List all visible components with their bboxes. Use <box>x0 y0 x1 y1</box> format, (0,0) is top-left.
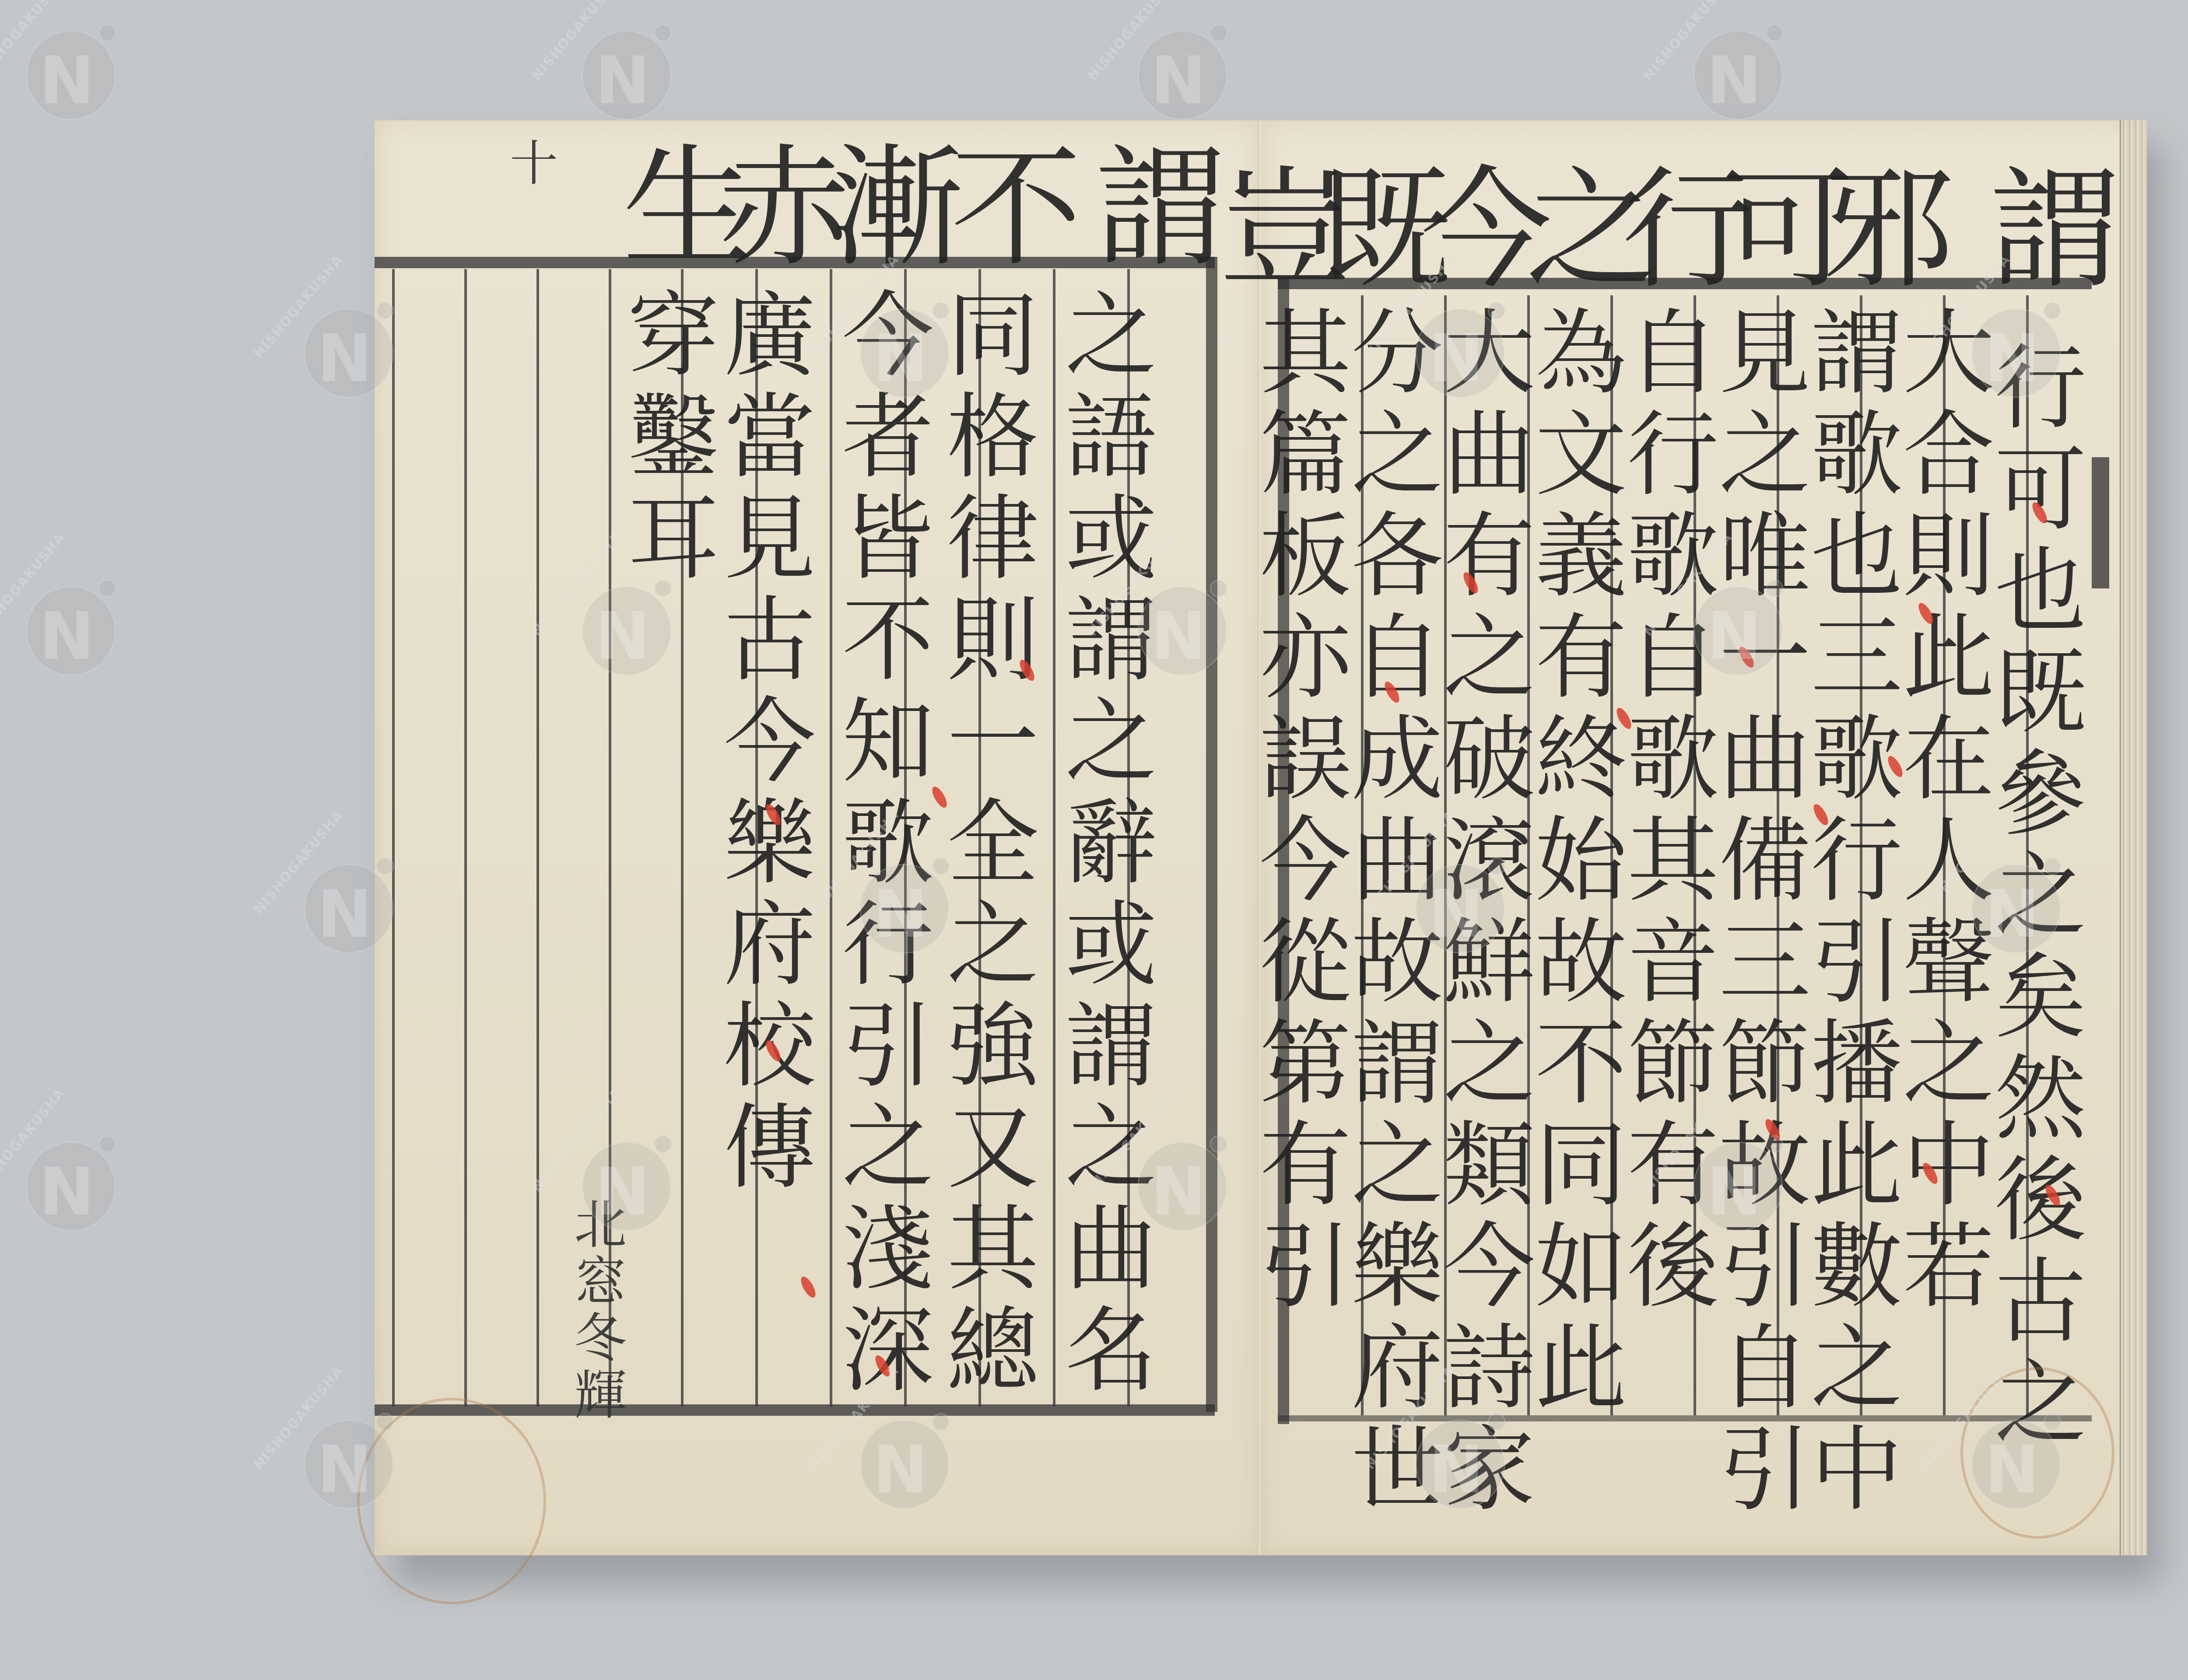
watermark-logo: NNISHOGAKUSHA <box>0 0 131 131</box>
watermark-n-glyph: N <box>39 1159 95 1225</box>
watermark-n-glyph: N <box>317 326 372 392</box>
watermark-logo: NNISHOGAKUSHA <box>0 1111 131 1242</box>
header-char: 豈 <box>1208 160 1339 304</box>
watermark-text: NISHOGAKUSHA <box>0 1085 69 1195</box>
watermark-circle-icon <box>26 1142 116 1231</box>
column-line <box>464 269 467 1407</box>
watermark-n-glyph: N <box>39 604 95 669</box>
column-line <box>536 269 539 1407</box>
watermark-dot-icon <box>98 580 116 597</box>
text-column: 謂歌也三歌行引播此數之中 <box>1803 304 1895 1529</box>
text-column: 其篇板亦誤今從第有引 <box>1252 304 1343 1529</box>
header-char: 生 <box>611 138 742 282</box>
watermark-text: NISHOGAKUSHA <box>251 808 347 917</box>
open-book: 十 謂 不 漸 赤 生 之語或謂之辭或謂之曲名 同格律則一全之強又其總 今者皆不… <box>375 120 2147 1555</box>
watermark-n-glyph: N <box>595 48 650 114</box>
watermark-dot-icon <box>98 24 116 42</box>
text-column: 大合則此在人聲之中若 <box>1895 304 1987 1529</box>
watermark-text: NISHOGAKUSHA <box>251 1363 347 1473</box>
folio-mark: 十 <box>506 138 554 190</box>
watermark-text: NISHOGAKUSHA <box>1641 0 1736 84</box>
text-column: 見之唯一曲備三節故引自引 <box>1711 304 1803 1529</box>
watermark-text: NISHOGAKUSHA <box>529 0 624 84</box>
colophon-signature: 北窓冬輝 <box>569 1197 622 1424</box>
text-column: 穿鑿耳 <box>620 287 712 1468</box>
watermark-dot-icon <box>1210 24 1227 42</box>
watermark-text: NISHOGAKUSHA <box>1085 0 1180 84</box>
watermark-n-glyph: N <box>317 882 372 947</box>
header-char: 謂 <box>1978 160 2109 304</box>
left-page: 十 謂 不 漸 赤 生 之語或謂之辭或謂之曲名 同格律則一全之強又其總 今者皆不… <box>375 120 1260 1555</box>
watermark-n-glyph: N <box>39 48 95 114</box>
watermark-circle-icon <box>1694 31 1783 120</box>
text-column: 同格律則一全之強又其總 <box>939 287 1031 1468</box>
watermark-text: NISHOGAKUSHA <box>0 530 69 639</box>
header-char: 謂 <box>1083 138 1215 282</box>
watermark-n-glyph: N <box>1707 48 1762 114</box>
column-line <box>392 269 395 1407</box>
watermark-dot-icon <box>98 1135 116 1153</box>
watermark-logo: NNISHOGAKUSHA <box>1667 0 1799 131</box>
text-column: 自行歌自歌其音節有後 <box>1619 304 1711 1529</box>
watermark-n-glyph: N <box>1151 48 1206 114</box>
right-page: 謂 邪 可 行 之 今 既 豈 行可也既參之矣然後古之 大合則此在人聲之中若 謂… <box>1260 120 2147 1555</box>
text-column: 分之各自成曲故謂之樂府世 <box>1343 304 1435 1529</box>
text-column: 之語或謂之辭或謂之曲名 <box>1057 287 1149 1468</box>
watermark-text: NISHOGAKUSHA <box>0 0 69 84</box>
watermark-dot-icon <box>654 24 672 42</box>
watermark-circle-icon <box>582 31 671 120</box>
watermark-logo: NNISHOGAKUSHA <box>0 556 131 687</box>
text-column: 為文義有終始故不同如此 <box>1527 304 1619 1529</box>
fishtail-mark <box>2092 457 2109 588</box>
watermark-circle-icon <box>1138 31 1227 120</box>
water-stain <box>357 1398 546 1604</box>
watermark-logo: NNISHOGAKUSHA <box>1112 0 1243 131</box>
watermark-dot-icon <box>1766 24 1783 42</box>
water-stain <box>1960 1367 2114 1539</box>
text-column: 大曲有之破滾鮮之類今詩家 <box>1435 304 1527 1529</box>
watermark-text: NISHOGAKUSHA <box>251 252 347 361</box>
text-column: 今者皆不知歌行引之淺深 <box>834 287 926 1468</box>
watermark-circle-icon <box>26 586 116 675</box>
left-frame-border <box>1206 257 1217 1412</box>
watermark-logo: NNISHOGAKUSHA <box>556 0 687 131</box>
text-column: 廣當見古今樂府校傳 <box>716 287 808 1468</box>
watermark-circle-icon <box>26 31 116 120</box>
